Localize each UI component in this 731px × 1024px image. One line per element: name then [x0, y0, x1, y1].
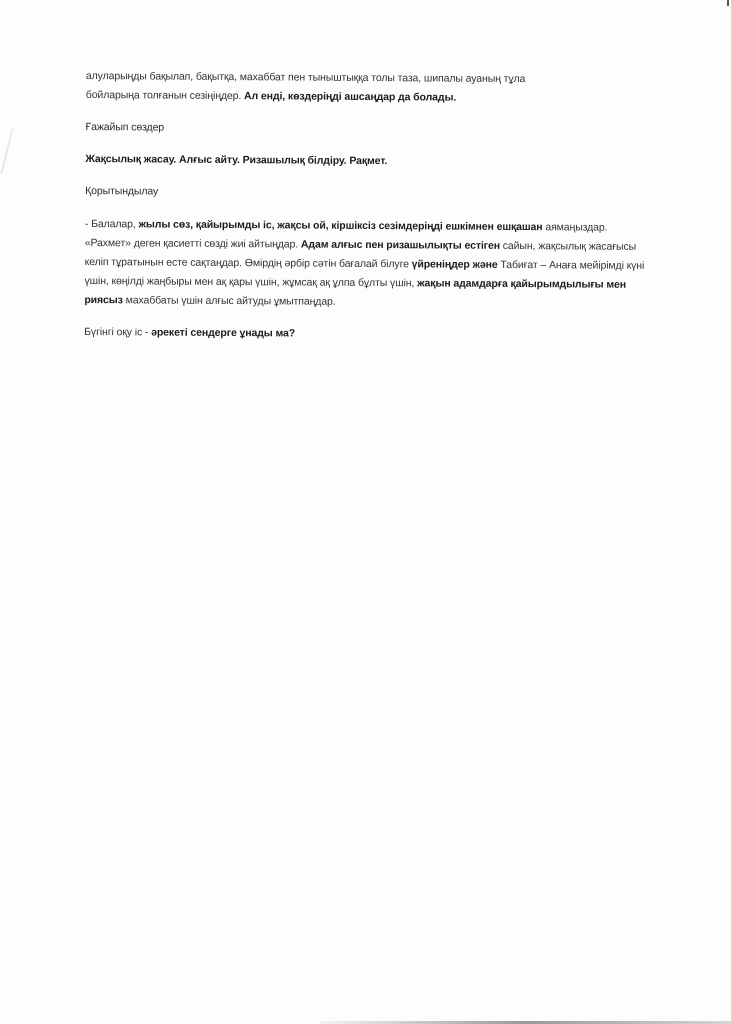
intro-paragraph: алуларыңды бақылап, бақытқа, махаббат пе… — [86, 67, 646, 109]
intro-line-2-bold: Ал енді, көздеріңді ашсаңдар да болады. — [244, 90, 456, 103]
scan-artifact — [0, 128, 13, 173]
closing-question: Бүгінгі оқу іс - әрекеті сендерге ұнады … — [84, 323, 644, 346]
question-text: Бүгінгі оқу іс - — [84, 326, 151, 338]
intro-line-1: алуларыңды бақылап, бақытқа, махаббат пе… — [86, 70, 525, 85]
conclusion-text-bold: Адам алғыс пен ризашылықты естіген — [301, 239, 500, 252]
document-body: алуларыңды бақылап, бақытқа, махаббат пе… — [84, 67, 646, 346]
scan-artifact — [727, 0, 729, 6]
section-heading: Ғажайып сөздер — [86, 118, 646, 141]
scanned-page: алуларыңды бақылап, бақытқа, махаббат пе… — [0, 0, 731, 1024]
conclusion-text: махаббаты үшін алғыс айтуды ұмытпаңдар. — [123, 294, 336, 307]
conclusion-text-bold: жылы сөз, қайырымды іс, жақсы ой, кіршік… — [139, 218, 543, 233]
conclusion-text: - Балалар, — [85, 218, 139, 230]
conclusion-heading: Қорытындылау — [85, 182, 645, 205]
question-text-bold: әрекеті сендерге ұнады ма? — [151, 326, 295, 339]
magic-words: Жақсылық жасау. Алғыс айту. Ризашылық бі… — [85, 150, 645, 173]
conclusion-paragraph: - Балалар, жылы сөз, қайырымды іс, жақсы… — [84, 215, 645, 314]
intro-line-2: бойларыңа толғанын сезіңіңдер. — [86, 89, 244, 102]
conclusion-text-bold: үйреніңдер және — [412, 258, 498, 271]
